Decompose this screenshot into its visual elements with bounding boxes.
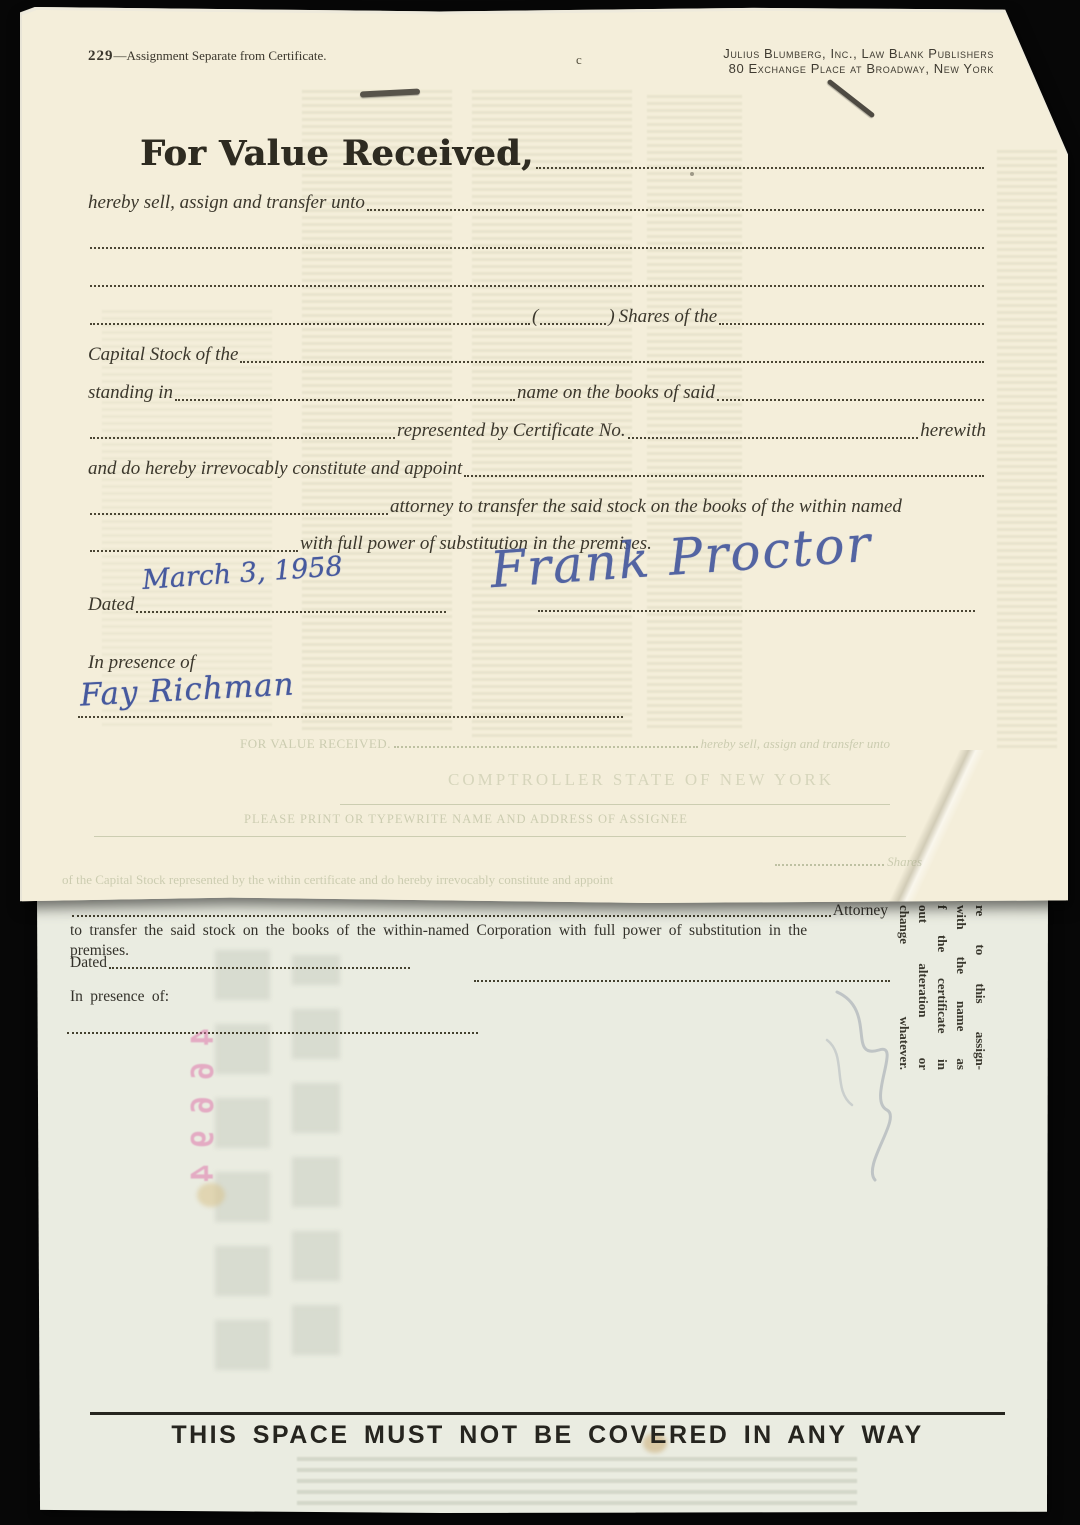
sell-assign-row: hereby sell, assign and transfer unto [88,186,986,216]
signature-line [538,610,975,612]
standing-in-row: standing in name on the books of said [88,376,986,406]
dotted-line [719,323,984,325]
dotted-line [367,209,984,211]
blank-row [88,262,986,292]
dotted-line [90,247,984,249]
bleedthrough-for-value: FOR VALUE RECEIVED. [240,736,391,752]
ghost-line [340,804,890,805]
capital-stock-text: Capital Stock of the [88,342,238,368]
bleedthrough-shares: Shares [887,854,922,870]
presence-label: In presence of: [70,987,169,1007]
sell-assign-text: hereby sell, assign and transfer unto [88,190,365,216]
bleedthrough-sell-unto: hereby sell, assign and transfer unto [701,736,890,752]
notice-line: re to this assign- [971,905,990,1070]
bleedthrough-large-letters [215,940,270,1370]
dotted-line [175,399,515,401]
center-mark: c [576,52,582,68]
paren-open: ( [532,304,538,330]
books-of-said-text: name on the books of said [517,380,715,406]
dated-row: Dated [88,588,448,618]
publisher-line1: Julius Blumberg, Inc., Law Blank Publish… [622,46,994,61]
dotted-line [464,475,984,477]
dated-row: Dated [70,947,412,973]
capital-stock-row: Capital Stock of the [88,338,986,368]
represented-by-text: represented by Certificate No. [397,418,626,444]
stamp-number-vertical: 46694 [185,1028,221,1250]
bleedthrough-comptroller: COMPTROLLER STATE OF NEW YORK [448,770,834,790]
dotted-line [136,611,446,613]
certificate-no-row: represented by Certificate No. herewith [88,414,986,444]
attorney-transfer-text: attorney to transfer the said stock on t… [390,494,902,520]
ghost-line [94,836,906,837]
shares-of-the-text: Shares of the [619,304,718,330]
bleedthrough-shares-row: Shares [772,848,922,870]
scanned-document-composite: { "document": { "sheet1": { "form_number… [0,0,1080,1525]
publisher-line2: 80 Exchange Place at Broadway, New York [622,61,994,76]
footer-rule [90,1412,1005,1415]
publisher-imprint: Julius Blumberg, Inc., Law Blank Publish… [622,46,994,76]
constitute-row: and do hereby irrevocably constitute and… [88,452,986,482]
bleedthrough-capital-line: of the Capital Stock represented by the … [62,872,907,888]
dotted-line [90,437,395,439]
dated-label: Dated [88,592,134,618]
sheet-assignment-front: 229—Assignment Separate from Certificate… [22,10,1068,903]
heading-row: For Value Received, [140,128,986,174]
witness-signature-line [67,1032,478,1034]
witness-line [78,716,623,718]
bleedthrough-text-rows [297,1455,857,1505]
dated-label: Dated [70,953,107,973]
attorney-label: Attorney [833,901,888,921]
dotted-line [536,167,984,169]
form-number-title: 229—Assignment Separate from Certificate… [88,48,327,65]
footer-notice: THIS SPACE MUST NOT BE COVERED IN ANY WA… [90,1421,1005,1450]
dotted-line [717,399,984,401]
transfer-paragraph-line1: to transfer the said stock on the books … [70,921,807,941]
dotted-line [90,550,298,552]
dotted-line [90,285,984,287]
shares-row: ( ) Shares of the [88,300,986,330]
back-sheet-paper: Attorney to transfer the said stock on t… [37,895,1048,1513]
bleedthrough-please-print: PLEASE PRINT OR TYPEWRITE NAME AND ADDRE… [244,812,688,827]
front-sheet-paper: 229—Assignment Separate from Certificate… [22,10,1068,903]
bleedthrough-for-value-row: FOR VALUE RECEIVED. hereby sell, assign … [240,728,890,752]
bleedthrough-signature-scribble [807,980,917,1210]
sheet-assignment-back: Attorney to transfer the said stock on t… [37,895,1048,1513]
dotted-line [90,323,530,325]
bleedthrough-column [997,150,1057,750]
form-number: 229 [88,48,114,64]
heading-for-value-received: For Value Received, [140,134,534,174]
blank-row [88,224,986,254]
dotted-line [109,967,410,969]
dotted-line [72,915,831,917]
ghost-dotted-line [394,746,698,748]
notice-line: f the certificate in [933,905,952,1070]
ghost-dotted-line [775,864,884,866]
notice-line: with the name as [952,905,971,1070]
dotted-line [90,513,388,515]
paper-stain [197,1183,225,1207]
constitute-text: and do hereby irrevocably constitute and… [88,456,462,482]
dotted-line [240,361,984,363]
form-title: —Assignment Separate from Certificate. [114,48,327,63]
dotted-line [628,437,919,439]
paren-close: ) [608,304,614,330]
staple [827,79,876,119]
bleedthrough-large-letters [292,955,340,1355]
standing-in-text: standing in [88,380,173,406]
herewith-text: herewith [920,418,986,444]
dotted-line [540,323,606,325]
